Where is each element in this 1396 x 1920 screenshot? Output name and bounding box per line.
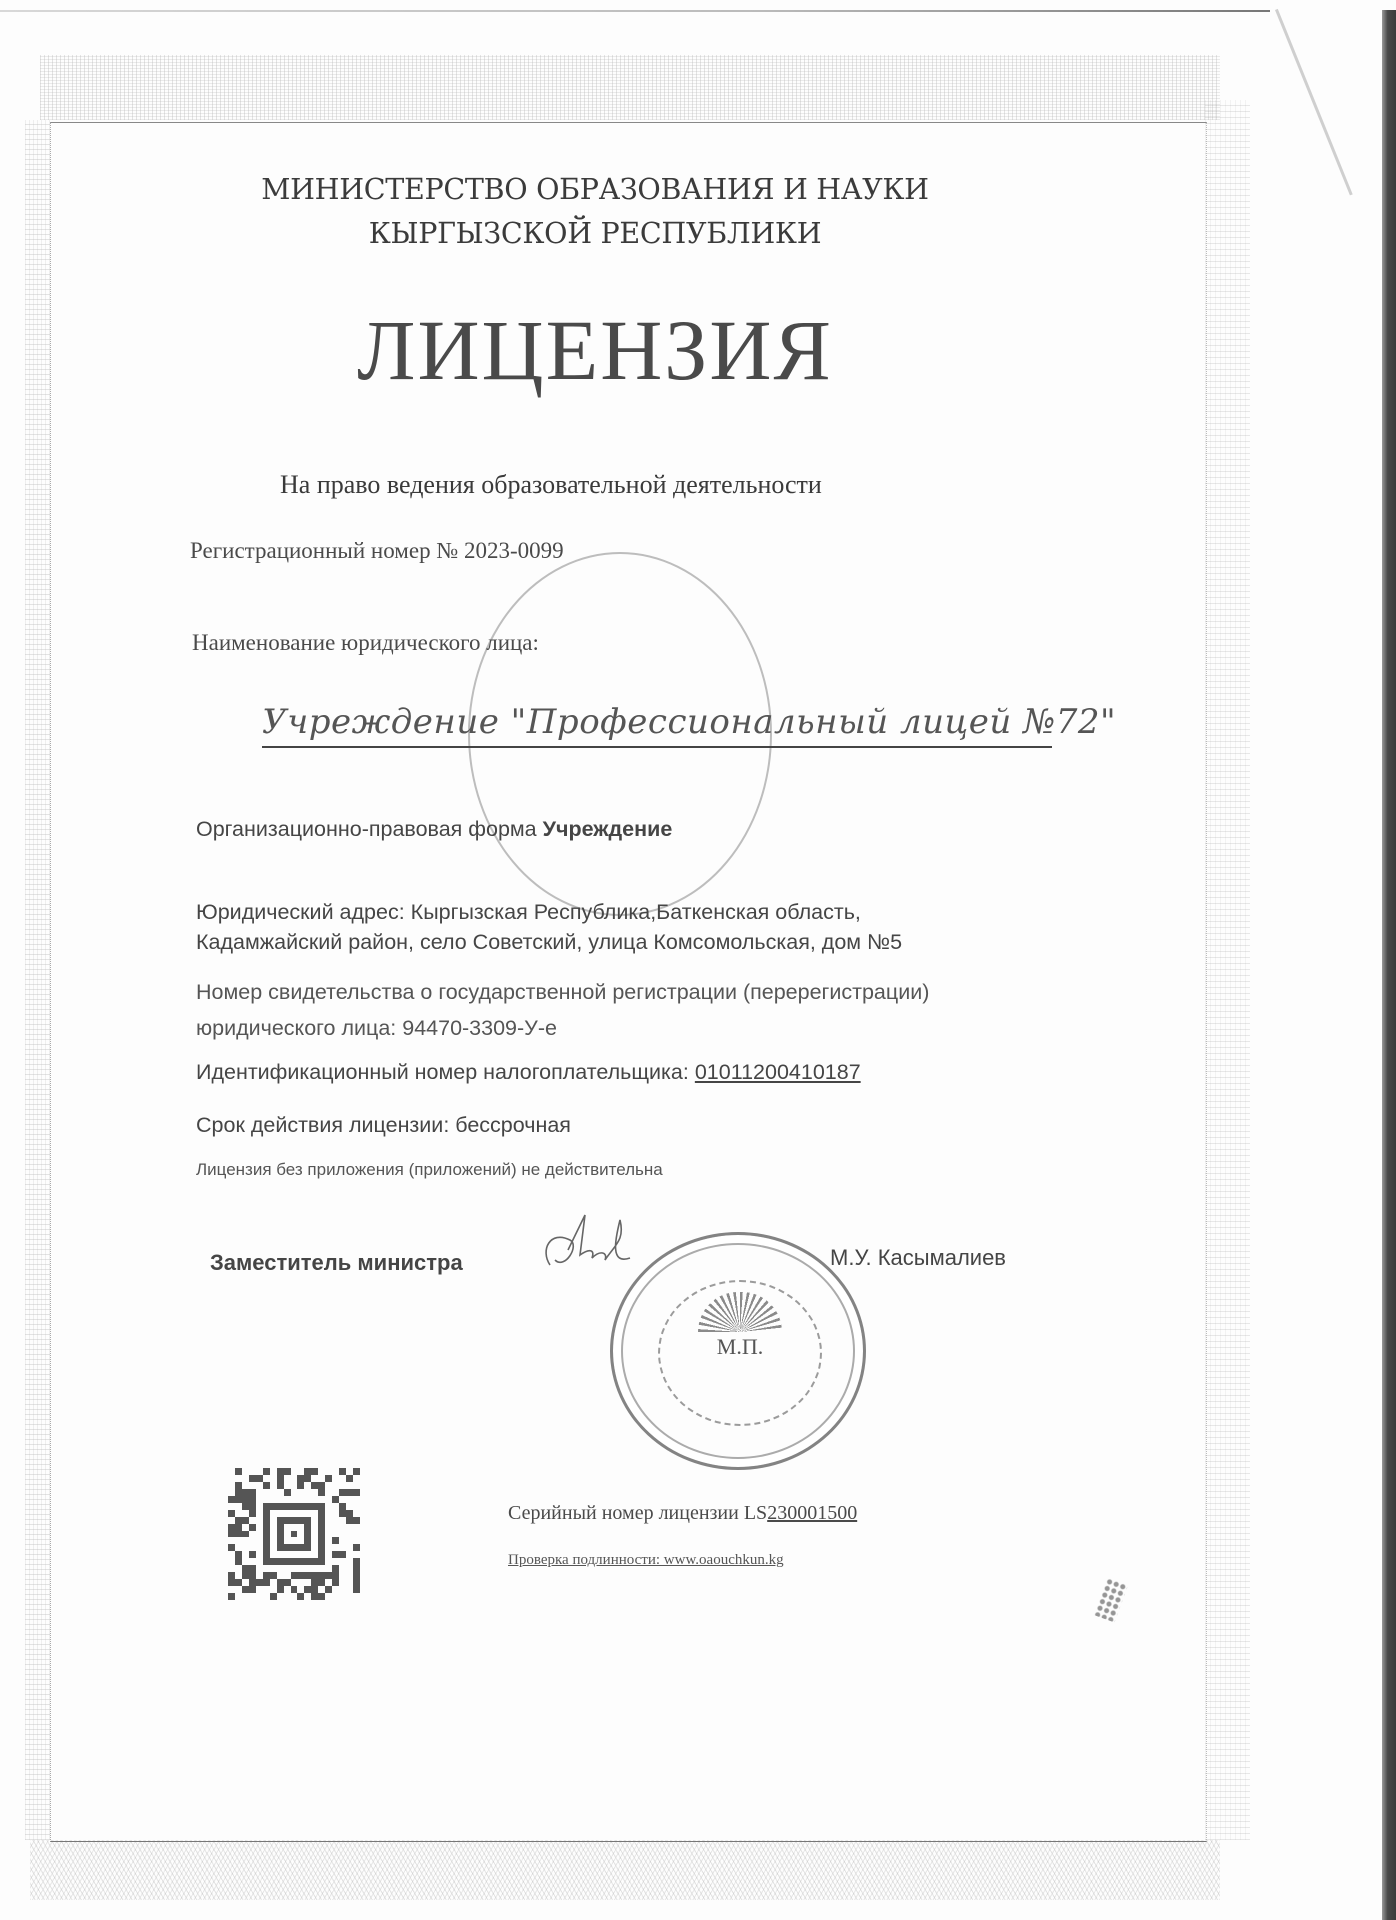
- term-value: бессрочная: [455, 1113, 571, 1137]
- certificate-number: 94470-3309-У-е: [402, 1016, 557, 1040]
- seal-sun-icon: [698, 1292, 782, 1332]
- legal-entity-name: Учреждение "Профессиональный лицей №72": [262, 702, 1052, 748]
- term-label: Срок действия лицензии:: [196, 1113, 455, 1137]
- ministry-header: МИНИСТЕРСТВО ОБРАЗОВАНИЯ И НАУКИ КЫРГЫЗС…: [0, 168, 1190, 256]
- inn-value: 01011200410187: [695, 1060, 861, 1084]
- org-form-label: Организационно-правовая форма: [196, 817, 543, 841]
- inn-row: Идентификационный номер налогоплательщик…: [196, 1060, 861, 1085]
- official-seal: М.П.: [610, 1232, 866, 1470]
- verification-link[interactable]: Проверка подлинности: www.oaouchkun.kg: [508, 1552, 784, 1569]
- registration-label: Регистрационный номер №: [190, 538, 464, 563]
- guilloche-border-bottom: [30, 1840, 1220, 1900]
- address-row-1: Юридический адрес: Кыргызская Республика…: [196, 900, 861, 925]
- signatory-position: Заместитель министра: [210, 1250, 463, 1276]
- ministry-line-2: КЫРГЫЗСКОЙ РЕСПУБЛИКИ: [0, 212, 1190, 256]
- inn-label: Идентификационный номер налогоплательщик…: [196, 1060, 695, 1084]
- serial-number-row: Серийный номер лицензии LS230001500: [508, 1502, 857, 1525]
- paper-fold-line: [1275, 9, 1353, 196]
- org-form-value: Учреждение: [543, 817, 673, 841]
- aztec-code: [228, 1468, 360, 1600]
- certificate-row-2: юридического лица: 94470-3309-У-е: [196, 1016, 557, 1041]
- org-form-row: Организационно-правовая форма Учреждение: [196, 817, 672, 842]
- seal-mp-text: М.П.: [660, 1334, 820, 1360]
- registration-number-row: Регистрационный номер № 2023-0099: [190, 538, 564, 564]
- address-label: Юридический адрес:: [196, 900, 411, 924]
- seal-emblem: М.П.: [658, 1280, 822, 1426]
- certificate-label: юридического лица:: [196, 1016, 402, 1040]
- serial-number: 230001500: [767, 1502, 857, 1524]
- validity-note: Лицензия без приложения (приложений) не …: [196, 1160, 663, 1180]
- registration-number: 2023-0099: [464, 538, 564, 563]
- scan-edge-right: [1382, 10, 1396, 1920]
- address-line-1: Кыргызская Республика,Баткенская область…: [411, 900, 861, 924]
- scan-edge-top: [0, 10, 1270, 12]
- address-line-2: Кадамжайский район, село Советский, улиц…: [196, 930, 902, 955]
- signatory-name: М.У. Касымалиев: [830, 1245, 1006, 1271]
- guilloche-border-top: [40, 55, 1220, 120]
- certificate-line-1: Номер свидетельства о государственной ре…: [196, 980, 929, 1005]
- serial-label: Серийный номер лицензии LS: [508, 1502, 767, 1524]
- ministry-line-1: МИНИСТЕРСТВО ОБРАЗОВАНИЯ И НАУКИ: [0, 168, 1190, 212]
- guilloche-border-right: [1205, 100, 1250, 1840]
- term-row: Срок действия лицензии: бессрочная: [196, 1113, 571, 1138]
- document-subtitle: На право ведения образовательной деятель…: [280, 470, 822, 500]
- signature-icon: [530, 1210, 650, 1280]
- document-title: ЛИЦЕНЗИЯ: [0, 300, 1190, 400]
- legal-entity-name-label: Наименование юридического лица:: [192, 630, 539, 656]
